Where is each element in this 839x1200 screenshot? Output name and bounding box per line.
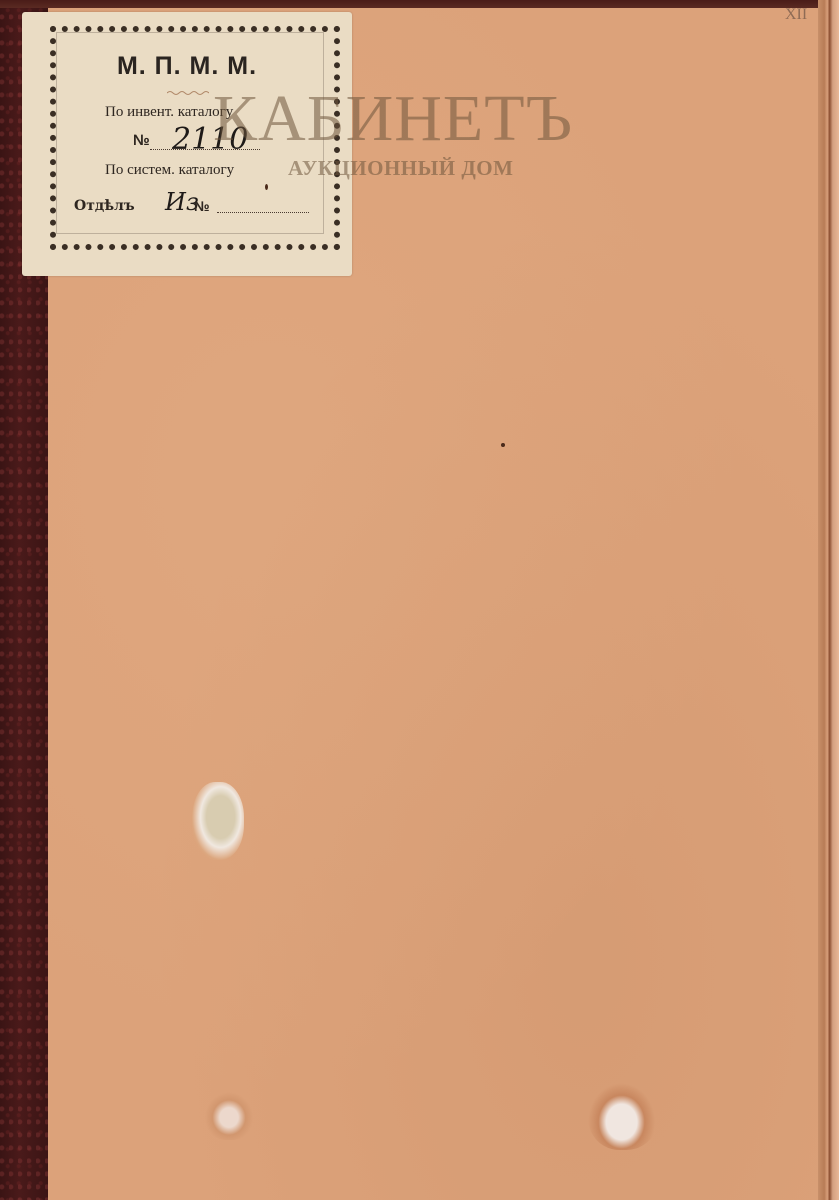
ink-fleck [265, 184, 268, 190]
paper-damage-spot [588, 1080, 658, 1150]
ink-fleck [501, 443, 505, 447]
top-edge-binding [0, 0, 839, 8]
paper-damage-spot [192, 782, 244, 860]
paper-damage-spot [203, 1090, 255, 1140]
squiggle-ornament-icon [167, 90, 209, 96]
inventory-catalog-label: По инвент. каталогу [105, 104, 233, 121]
department-label: Отдѣлъ [74, 198, 135, 214]
department-number-prefix: № [194, 198, 210, 214]
department-number-dotted-line [217, 212, 309, 213]
right-page-edge [818, 0, 839, 1200]
label-title: М. П. М. М. [22, 52, 352, 81]
library-label: М. П. М. М. По инвент. каталогу № 2110 П… [22, 12, 352, 276]
system-catalog-label: По систем. каталогу [105, 162, 234, 179]
inventory-number-prefix: № [133, 132, 150, 149]
inventory-number-handwritten: 2110 [172, 122, 248, 157]
pencil-shelf-mark: XII [785, 6, 807, 24]
